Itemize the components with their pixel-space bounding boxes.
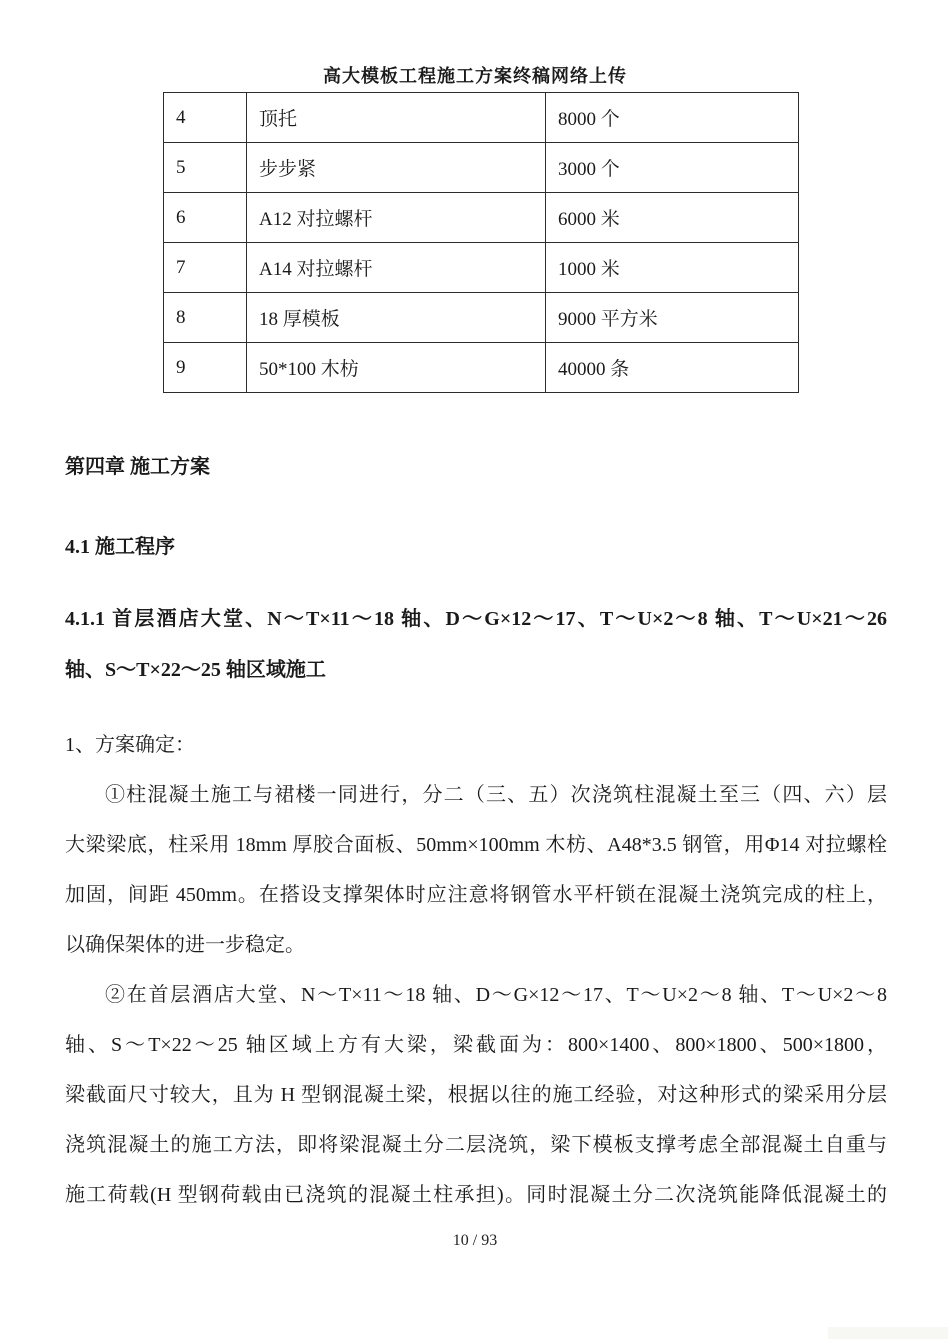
table-cell-qty: 1000 米 [546, 243, 799, 293]
list-intro: 1、方案确定： [65, 730, 887, 760]
paragraph-2-line: 浇筑混凝土的施工方法，即将梁混凝土分二层浇筑，梁下模板支撑考虑全部混凝土自重与 [65, 1130, 887, 1160]
table-cell-qty: 40000 条 [546, 343, 799, 393]
table-cell-qty: 3000 个 [546, 143, 799, 193]
cutoff-watermark [828, 1327, 948, 1339]
paragraph-1-line: ①柱混凝土施工与裙楼一同进行，分二（三、五）次浇筑柱混凝土至三（四、六）层 [65, 780, 887, 810]
table-row: 7 A14 对拉螺杆 1000 米 [164, 243, 799, 293]
table-cell-item: 50*100 木枋 [247, 343, 546, 393]
table-cell-no: 6 [164, 193, 247, 243]
table-cell-qty: 8000 个 [546, 93, 799, 143]
table-row: 5 步步紧 3000 个 [164, 143, 799, 193]
chapter-heading: 第四章 施工方案 [65, 452, 887, 482]
table-cell-no: 5 [164, 143, 247, 193]
paragraph-2-line: 轴、S～T×22～25 轴区域上方有大梁，梁截面为：800×1400、800×1… [65, 1030, 887, 1060]
paragraph-1-line: 大梁梁底，柱采用 18mm 厚胶合面板、50mm×100mm 木枋、A48*3.… [65, 830, 887, 860]
paragraph-1-line: 加固，间距 450mm。在搭设支撑架体时应注意将钢管水平杆锁在混凝土浇筑完成的柱… [65, 880, 887, 910]
table-cell-item: 步步紧 [247, 143, 546, 193]
materials-table: 4 顶托 8000 个 5 步步紧 3000 个 6 A12 对拉螺杆 6000… [163, 92, 799, 393]
table-cell-item: 18 厚模板 [247, 293, 546, 343]
table-cell-item: A14 对拉螺杆 [247, 243, 546, 293]
table-row: 6 A12 对拉螺杆 6000 米 [164, 193, 799, 243]
section-heading: 4.1 施工程序 [65, 532, 887, 562]
paragraph-1-line: 以确保架体的进一步稳定。 [65, 930, 887, 960]
table-row: 8 18 厚模板 9000 平方米 [164, 293, 799, 343]
paragraph-2-line: ②在首层酒店大堂、N～T×11～18 轴、D～G×12～17、T～U×2～8 轴… [65, 980, 887, 1010]
table-cell-qty: 6000 米 [546, 193, 799, 243]
table-cell-no: 4 [164, 93, 247, 143]
page-number: 10 / 93 [0, 1232, 950, 1250]
table-row: 4 顶托 8000 个 [164, 93, 799, 143]
paragraph-2-line: 施工荷载(H 型钢荷载由已浇筑的混凝土柱承担)。同时混凝土分二次浇筑能降低混凝土… [65, 1180, 887, 1210]
table-cell-no: 9 [164, 343, 247, 393]
table-cell-no: 8 [164, 293, 247, 343]
table-cell-item: 顶托 [247, 93, 546, 143]
table-cell-no: 7 [164, 243, 247, 293]
paragraph-2-line: 梁截面尺寸较大，且为 H 型钢混凝土梁，根据以往的施工经验，对这种形式的梁采用分… [65, 1080, 887, 1110]
table-cell-item: A12 对拉螺杆 [247, 193, 546, 243]
table-row: 9 50*100 木枋 40000 条 [164, 343, 799, 393]
subsection-heading-line: 轴、S～T×22～25 轴区域施工 [65, 655, 887, 685]
table-cell-qty: 9000 平方米 [546, 293, 799, 343]
subsection-heading-line: 4.1.1 首层酒店大堂、N～T×11～18 轴、D～G×12～17、T～U×2… [65, 604, 887, 634]
document-header-title: 高大模板工程施工方案终稿网络上传 [0, 62, 950, 88]
document-page: 高大模板工程施工方案终稿网络上传 4 顶托 8000 个 5 步步紧 3000 … [0, 0, 950, 1341]
